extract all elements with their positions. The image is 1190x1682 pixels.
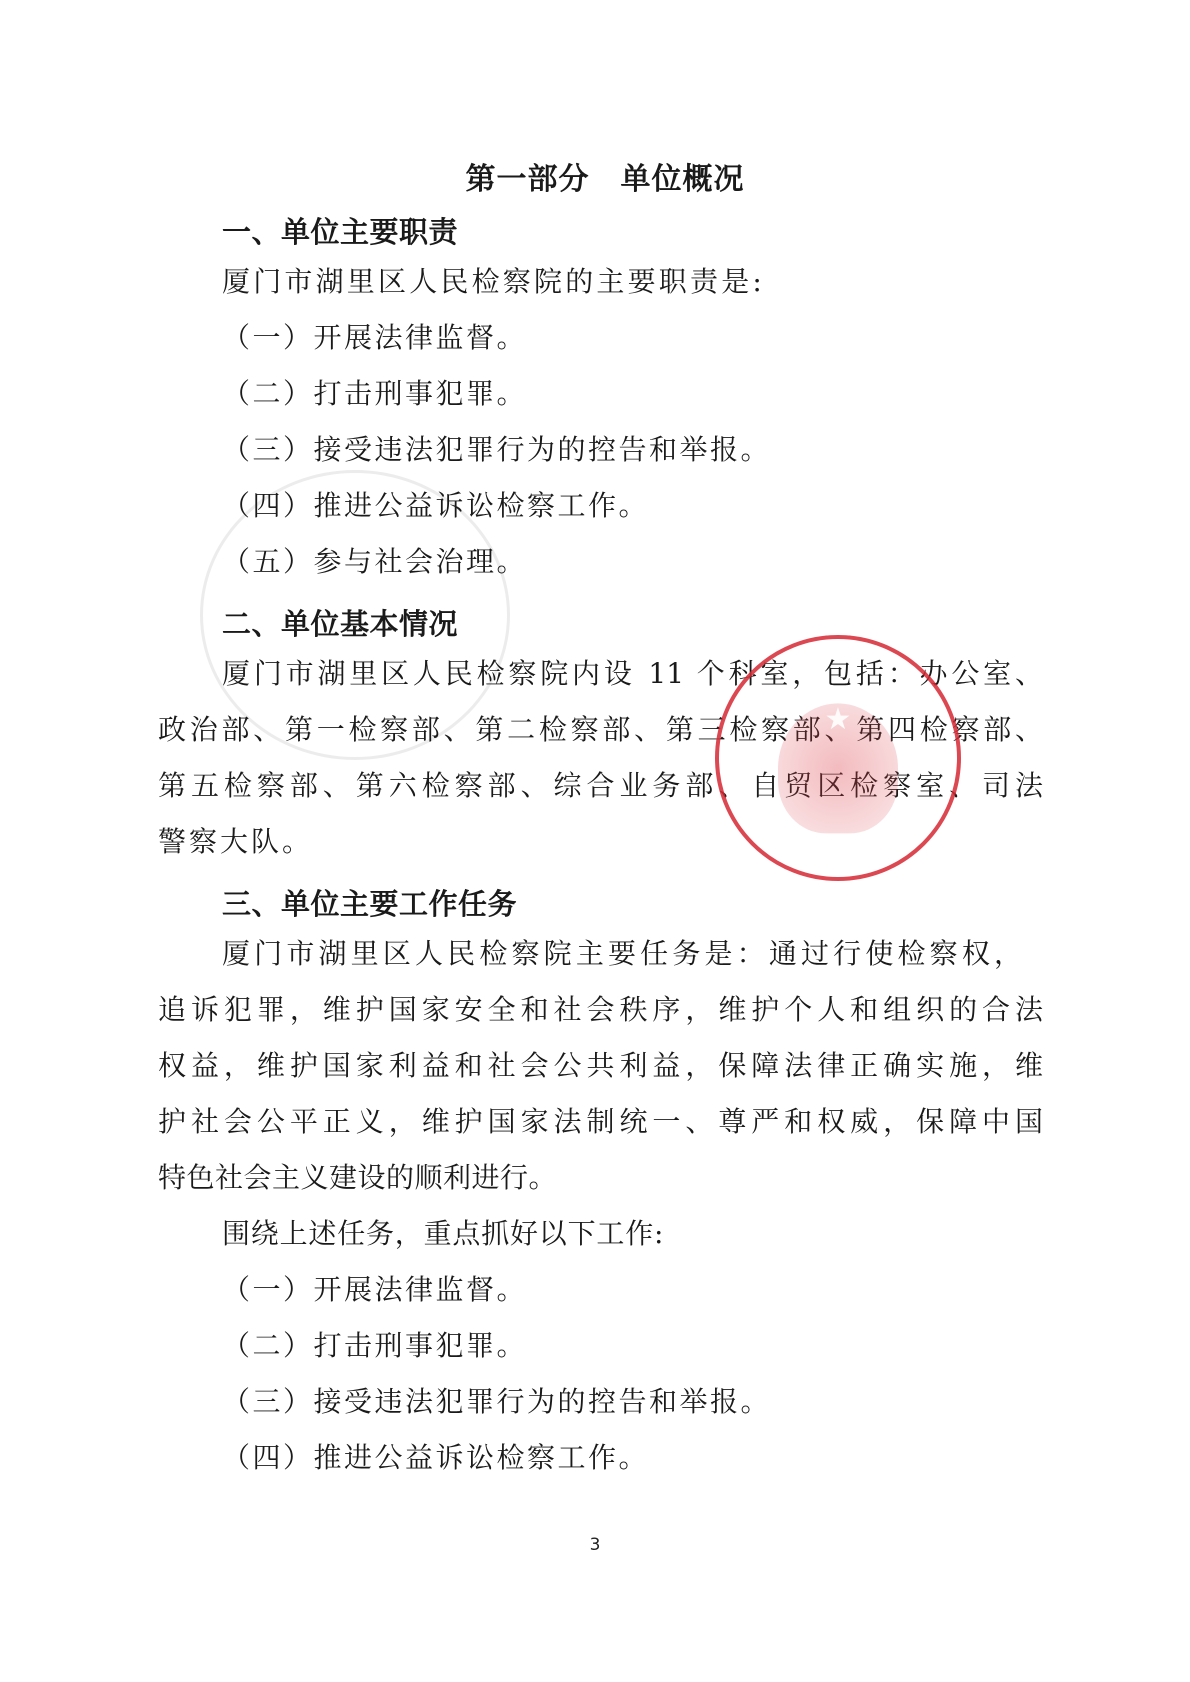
- basic-info-line: 政治部、第一检察部、第二检察部、第三检察部、第四检察部、: [158, 713, 1043, 747]
- task-item: （一）开展法律监督。: [222, 1273, 527, 1307]
- tasks-line: 特色社会主义建设的顺利进行。: [158, 1161, 557, 1195]
- duty-item: （二）打击刑事犯罪。: [222, 377, 527, 411]
- basic-info-line: 第五检察部、第六检察部、综合业务部、自贸区检察室、司法: [158, 769, 1043, 803]
- task-item: （二）打击刑事犯罪。: [222, 1329, 527, 1363]
- duties-intro: 厦门市湖里区人民检察院的主要职责是:: [222, 265, 765, 299]
- duty-item: （一）开展法律监督。: [222, 321, 527, 355]
- tasks-line: 权益，维护国家利益和社会公共利益，保障法律正确实施，维: [158, 1049, 1043, 1083]
- tasks-line: 护社会公平正义，维护国家法制统一、尊严和权威，保障中国: [158, 1105, 1043, 1139]
- task-item: （三）接受违法犯罪行为的控告和举报。: [222, 1385, 771, 1419]
- page-number: 3: [0, 1535, 1190, 1555]
- page-title: 第一部分 单位概况: [0, 154, 1190, 198]
- tasks-line: 厦门市湖里区人民检察院主要任务是：通过行使检察权，: [222, 937, 1022, 971]
- task-item: （四）推进公益诉讼检察工作。: [222, 1441, 649, 1475]
- duty-item: （三）接受违法犯罪行为的控告和举报。: [222, 433, 771, 467]
- section-heading-duties: 一、单位主要职责: [222, 210, 458, 251]
- document-page: 第一部分 单位概况 一、单位主要职责 厦门市湖里区人民检察院的主要职责是: （一…: [0, 0, 1190, 1682]
- tasks-line: 追诉犯罪，维护国家安全和社会秩序，维护个人和组织的合法: [158, 993, 1043, 1027]
- duty-item: （五）参与社会治理。: [222, 545, 527, 579]
- basic-info-line: 厦门市湖里区人民检察院内设 11 个科室，包括：办公室、: [222, 657, 1043, 691]
- section-heading-basic-info: 二、单位基本情况: [222, 602, 458, 643]
- section-heading-main-tasks: 三、单位主要工作任务: [222, 882, 517, 923]
- basic-info-line: 警察大队。: [158, 825, 313, 859]
- duty-item: （四）推进公益诉讼检察工作。: [222, 489, 649, 523]
- tasks-focus-intro: 围绕上述任务，重点抓好以下工作:: [222, 1217, 664, 1251]
